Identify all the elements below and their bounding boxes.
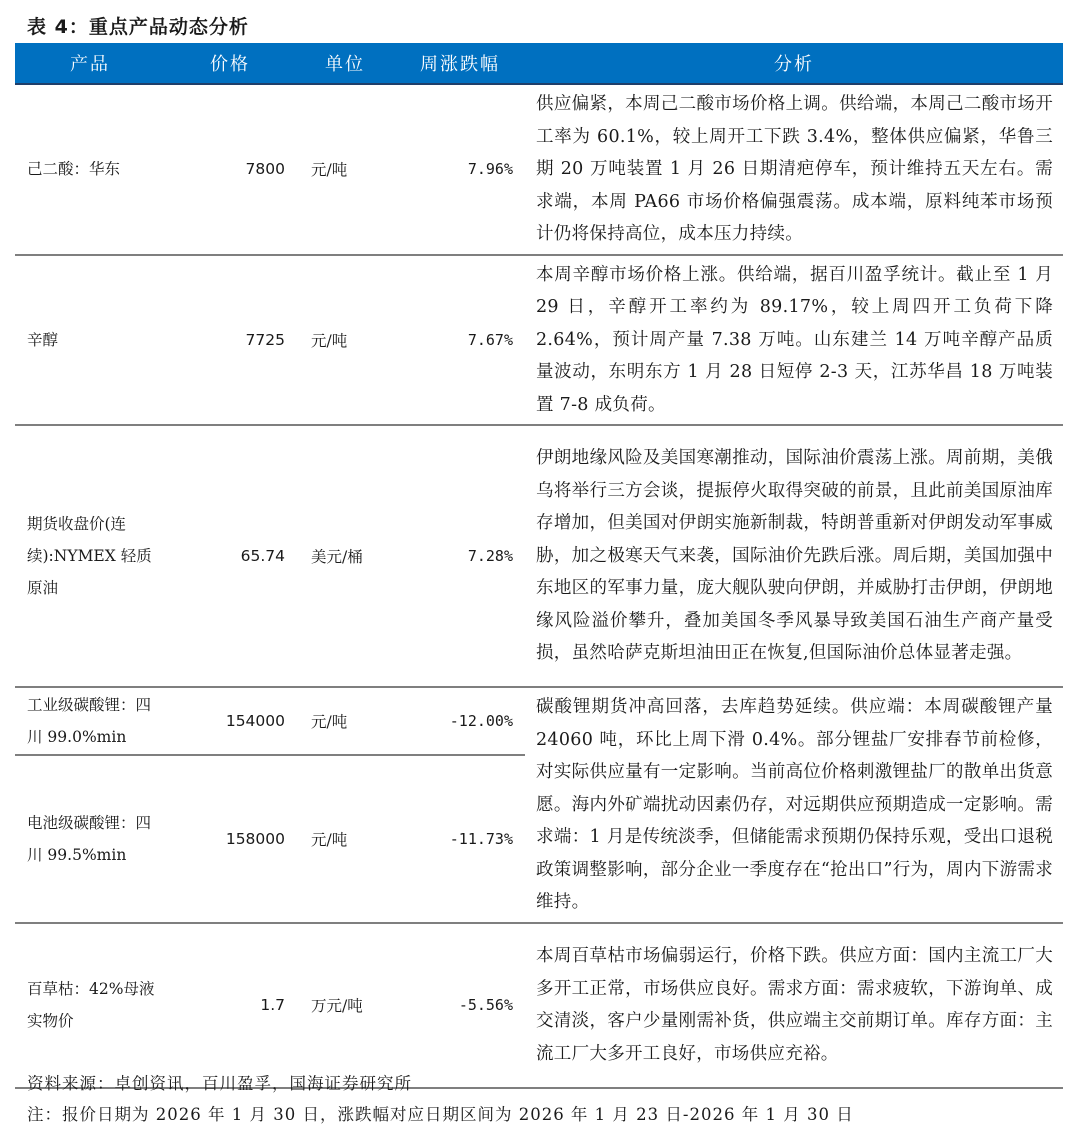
product-price: 7725	[165, 255, 295, 426]
table-row: 辛醇 7725 元/吨 7.67% 本周辛醇市场价格上涨。供给端，据百川盈孚统计…	[15, 255, 1063, 426]
header-unit: 单位	[295, 43, 395, 84]
header-analysis: 分析	[525, 43, 1063, 84]
table-header-row: 产品 价格 单位 周涨跌幅 分析	[15, 43, 1063, 84]
date-note: 注：报价日期为 2026 年 1 月 30 日，涨跌幅对应日期区间为 2026 …	[27, 1101, 854, 1125]
table-row: 己二酸：华东 7800 元/吨 7.96% 供应偏紧，本周己二酸市场价格上调。供…	[15, 84, 1063, 255]
product-analysis: 供应偏紧，本周己二酸市场价格上调。供给端，本周己二酸市场开工率为 60.1%，较…	[525, 84, 1063, 255]
product-price: 154000	[165, 687, 295, 755]
product-unit: 元/吨	[295, 687, 395, 755]
product-name: 百草枯：42%母液实物价	[15, 923, 165, 1088]
product-analysis: 本周辛醇市场价格上涨。供给端，据百川盈孚统计。截止至 1 月 29 日，辛醇开工…	[525, 255, 1063, 426]
product-weekly-change: -11.73%	[395, 755, 525, 922]
product-name: 辛醇	[15, 255, 165, 426]
product-analysis: 本周百草枯市场偏弱运行，价格下跌。供应方面：国内主流工厂大多开工正常，市场供应良…	[525, 923, 1063, 1088]
header-price: 价格	[165, 43, 295, 84]
product-weekly-change: 7.67%	[395, 255, 525, 426]
product-price: 158000	[165, 755, 295, 922]
source-note: 资料来源：卓创资讯，百川盈孚，国海证券研究所	[27, 1070, 412, 1094]
product-weekly-change: -5.56%	[395, 923, 525, 1088]
product-price: 1.7	[165, 923, 295, 1088]
product-name: 期货收盘价(连续):NYMEX 轻质原油	[15, 425, 165, 687]
header-weekly-change: 周涨跌幅	[395, 43, 525, 84]
product-unit: 万元/吨	[295, 923, 395, 1088]
product-weekly-change: 7.28%	[395, 425, 525, 687]
product-name: 工业级碳酸锂：四川 99.0%min	[15, 687, 165, 755]
product-name: 己二酸：华东	[15, 84, 165, 255]
product-price: 65.74	[165, 425, 295, 687]
product-analysis-table: 产品 价格 单位 周涨跌幅 分析 己二酸：华东 7800 元/吨 7.96% 供…	[15, 43, 1063, 1089]
table-title: 表 4：重点产品动态分析	[27, 12, 249, 39]
table-row: 期货收盘价(连续):NYMEX 轻质原油 65.74 美元/桶 7.28% 伊朗…	[15, 425, 1063, 687]
product-price: 7800	[165, 84, 295, 255]
product-weekly-change: -12.00%	[395, 687, 525, 755]
product-unit: 美元/桶	[295, 425, 395, 687]
header-product: 产品	[15, 43, 165, 84]
product-weekly-change: 7.96%	[395, 84, 525, 255]
product-analysis: 碳酸锂期货冲高回落，去库趋势延续。供应端：本周碳酸锂产量 24060 吨，环比上…	[525, 687, 1063, 923]
table-row: 工业级碳酸锂：四川 99.0%min 154000 元/吨 -12.00% 碳酸…	[15, 687, 1063, 755]
product-unit: 元/吨	[295, 84, 395, 255]
table-row: 百草枯：42%母液实物价 1.7 万元/吨 -5.56% 本周百草枯市场偏弱运行…	[15, 923, 1063, 1088]
product-unit: 元/吨	[295, 255, 395, 426]
product-analysis: 伊朗地缘风险及美国寒潮推动，国际油价震荡上涨。周前期，美俄乌将举行三方会谈，提振…	[525, 425, 1063, 687]
product-name: 电池级碳酸锂：四川 99.5%min	[15, 755, 165, 922]
product-unit: 元/吨	[295, 755, 395, 922]
